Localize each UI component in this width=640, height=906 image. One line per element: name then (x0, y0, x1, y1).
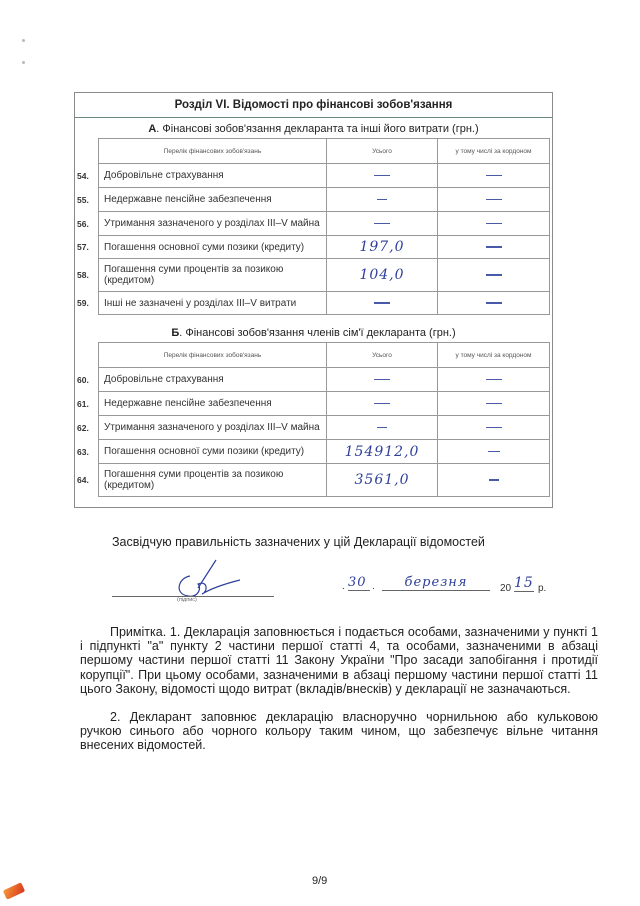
abroad-cell[interactable] (438, 292, 550, 315)
dash-mark (486, 274, 502, 276)
signature-caption: (підпис) (177, 597, 197, 603)
table-row: 62. Утримання зазначеного у розділах III… (75, 416, 550, 440)
table-row: 64. Погашення суми процентів за позикою … (75, 464, 550, 497)
table-row: 58. Погашення суми процентів за позикою … (75, 259, 550, 292)
dash-mark (486, 175, 502, 177)
table-header-row: Перелік фінансових зобов'язань Усього у … (75, 139, 550, 164)
date-day[interactable]: 30 (348, 575, 370, 591)
date-suffix: р. (538, 583, 546, 594)
abroad-cell[interactable] (438, 440, 550, 464)
total-cell[interactable] (327, 188, 438, 212)
scan-speck (22, 61, 25, 64)
total-cell[interactable] (327, 368, 438, 392)
table-row: 55. Недержавне пенсійне забезпечення (75, 188, 550, 212)
total-cell[interactable]: 104,0 (327, 259, 438, 292)
col-header-total: Усього (327, 343, 438, 368)
total-cell[interactable] (327, 416, 438, 440)
abroad-cell[interactable] (438, 164, 550, 188)
col-header-total: Усього (327, 139, 438, 164)
table-row: 60. Добровільне страхування (75, 368, 550, 392)
date-year[interactable]: 15 (514, 575, 534, 592)
note-2: 2. Декларант заповнює декларацію власнор… (80, 710, 598, 753)
abroad-cell[interactable] (438, 416, 550, 440)
dash-mark (486, 403, 502, 405)
abroad-cell[interactable] (438, 236, 550, 259)
part-b-table: Перелік фінансових зобов'язань Усього у … (75, 342, 550, 497)
table-row: 61. Недержавне пенсійне забезпечення (75, 392, 550, 416)
part-a-table: Перелік фінансових зобов'язань Усього у … (75, 138, 550, 315)
abroad-cell[interactable] (438, 392, 550, 416)
col-header-list: Перелік фінансових зобов'язань (99, 139, 327, 164)
scanner-logo-icon (3, 882, 25, 900)
section-vi-frame: Розділ VI. Відомості про фінансові зобов… (74, 92, 553, 508)
date-year-prefix: 20 (500, 583, 511, 594)
dash-mark (488, 451, 500, 453)
dash-mark (486, 427, 502, 429)
section-title: Розділ VI. Відомості про фінансові зобов… (75, 93, 552, 118)
total-cell[interactable]: 197,0 (327, 236, 438, 259)
total-cell[interactable] (327, 212, 438, 236)
col-header-abroad: у тому числі за кордоном (438, 139, 550, 164)
dash-mark (374, 223, 390, 225)
dash-mark (486, 199, 502, 201)
part-b-title: Б. Фінансові зобов'язання членів сім'ї д… (75, 327, 552, 339)
abroad-cell[interactable] (438, 212, 550, 236)
dash-mark (489, 479, 499, 481)
total-cell[interactable] (327, 164, 438, 188)
table-row: 63. Погашення основної суми позики (кред… (75, 440, 550, 464)
date-month[interactable]: березня (382, 575, 490, 591)
dash-mark (486, 379, 502, 381)
table-row: 57. Погашення основної суми позики (кред… (75, 236, 550, 259)
dash-mark (486, 223, 502, 225)
total-cell[interactable] (327, 292, 438, 315)
abroad-cell[interactable] (438, 188, 550, 212)
abroad-cell[interactable] (438, 464, 550, 497)
dash-mark (377, 199, 387, 201)
certification-statement: Засвідчую правильність зазначених у цій … (112, 535, 485, 549)
abroad-cell[interactable] (438, 368, 550, 392)
note-1: Примітка. 1. Декларація заповнюється і п… (80, 625, 598, 696)
dash-mark (374, 379, 390, 381)
dash-mark (374, 403, 390, 405)
table-row: 54. Добровільне страхування (75, 164, 550, 188)
dash-mark (486, 246, 502, 248)
dash-mark (374, 302, 390, 304)
table-header-row: Перелік фінансових зобов'язань Усього у … (75, 343, 550, 368)
total-cell[interactable]: 154912,0 (327, 440, 438, 464)
abroad-cell[interactable] (438, 259, 550, 292)
dash-mark (374, 175, 390, 177)
total-cell[interactable] (327, 392, 438, 416)
dash-mark (486, 302, 502, 304)
col-header-abroad: у тому числі за кордоном (438, 343, 550, 368)
scan-speck (22, 39, 25, 42)
dash-mark (377, 427, 387, 429)
page-number: 9/9 (312, 875, 327, 887)
col-header-list: Перелік фінансових зобов'язань (99, 343, 327, 368)
total-cell[interactable]: 3561,0 (327, 464, 438, 497)
part-a-title: А. Фінансові зобов'язання декларанта та … (75, 123, 552, 135)
table-row: 59. Інші не зазначені у розділах III–V в… (75, 292, 550, 315)
notes: Примітка. 1. Декларація заповнюється і п… (80, 625, 598, 753)
table-row: 56. Утримання зазначеного у розділах III… (75, 212, 550, 236)
